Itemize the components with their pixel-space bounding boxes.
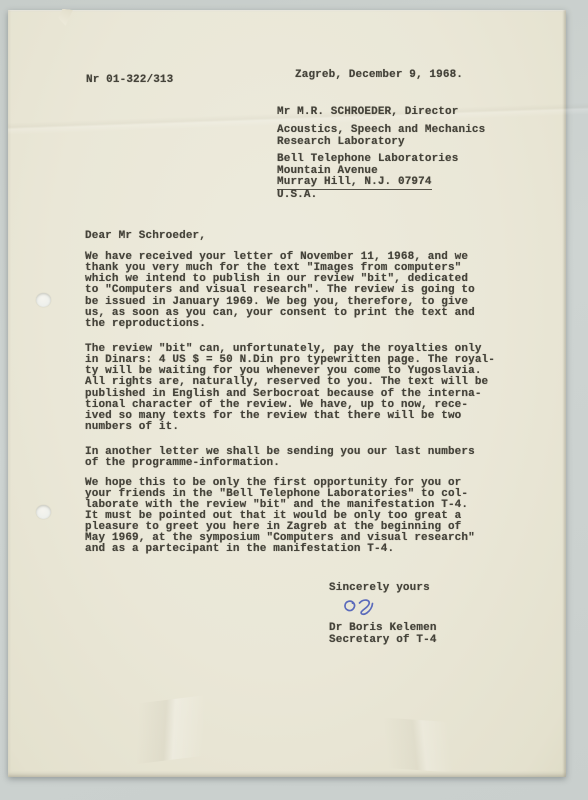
closing-phrase: Sincerely yours xyxy=(329,583,430,594)
recipient-city-underlined: Murray Hill, N.J. 07974 xyxy=(277,177,432,190)
recipient-company: Bell Telephone Laboratories xyxy=(277,154,458,165)
signature-stroke-tail xyxy=(360,600,373,614)
body-paragraph-3: In another letter we shall be sending yo… xyxy=(85,447,475,469)
paper-crease xyxy=(15,682,320,778)
recipient-city-text: Murray Hill, N.J. 07974 xyxy=(277,177,432,190)
recipient-department-line-1: Acoustics, Speech and Mechanics xyxy=(277,125,485,136)
recipient-country: U.S.A. xyxy=(277,190,317,201)
dateline: Zagreb, December 9, 1968. xyxy=(295,70,463,81)
scanned-letter-background: Nr 01-322/313 Zagreb, December 9, 1968. … xyxy=(0,0,588,800)
recipient-department-line-2: Research Laboratory xyxy=(277,137,405,148)
punch-hole-bottom xyxy=(36,505,51,519)
recipient-street: Mountain Avenue xyxy=(277,166,378,177)
handwritten-initials-signature xyxy=(337,594,387,623)
salutation: Dear Mr Schroeder, xyxy=(85,231,206,242)
body-paragraph-2: The review "bit" can, unfortunately, pay… xyxy=(85,344,495,433)
signature-name: Dr Boris Kelemen xyxy=(329,623,437,634)
recipient-name: Mr M.R. SCHROEDER, Director xyxy=(277,107,458,118)
body-paragraph-4: We hope this to be only the first opport… xyxy=(85,478,475,556)
punch-hole-top xyxy=(36,293,51,307)
signature-title: Secretary of T-4 xyxy=(329,635,437,646)
paper-crease xyxy=(257,709,580,781)
body-paragraph-1: We have received your letter of November… xyxy=(85,252,475,330)
reference-number: Nr 01-322/313 xyxy=(86,75,173,86)
signature-stroke-loop xyxy=(345,601,355,610)
